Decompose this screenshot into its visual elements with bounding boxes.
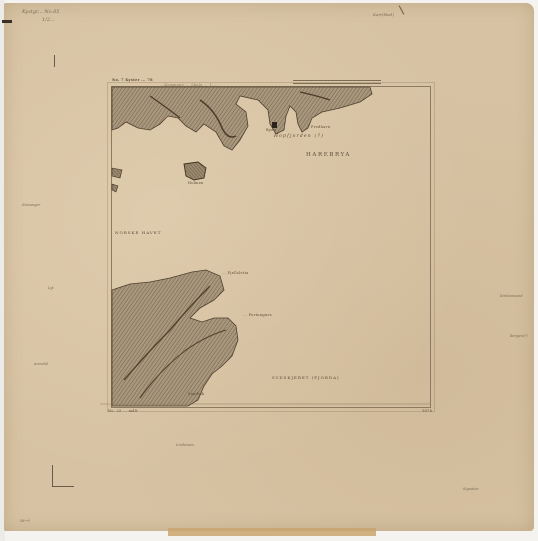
label-sea-south: SYDSKJERET (FJORDA): [272, 375, 340, 380]
margin-bottom-left-corner: 58~9: [20, 519, 30, 523]
label-island: Holmen: [188, 181, 204, 185]
margin-right-2: Bergen(?): [510, 334, 528, 338]
margin-bottom-2: Signatur: [463, 487, 478, 491]
label-south-1: ... Fjellsletta: [222, 271, 249, 275]
map-drawing: [0, 0, 538, 541]
margin-right-1: Kristiansund: [500, 294, 523, 298]
label-fjord: Hopfjorden (?): [274, 134, 324, 139]
margin-left-2: Lyt: [48, 286, 54, 290]
label-sea-west: NORSKE HAVET: [115, 230, 161, 235]
margin-bottom-1: Lindesnes: [176, 443, 194, 447]
label-point-east: Fredhavn: [311, 125, 330, 129]
label-settlement: Byen: [266, 128, 276, 132]
island-holmen: [184, 162, 206, 180]
margin-left-3: Arendal: [34, 362, 48, 366]
label-sea-main: HAREBRYA: [306, 152, 351, 158]
margin-left-1: Stavanger: [22, 203, 40, 207]
label-south-2: ... Fortungnes: [243, 313, 272, 317]
bottom-left-note: No. 25 ... målt: [108, 409, 138, 413]
label-south-3: Sandvik: [188, 392, 204, 396]
bottom-right-corner: 1878: [422, 409, 432, 413]
coastline-south: [112, 270, 238, 406]
